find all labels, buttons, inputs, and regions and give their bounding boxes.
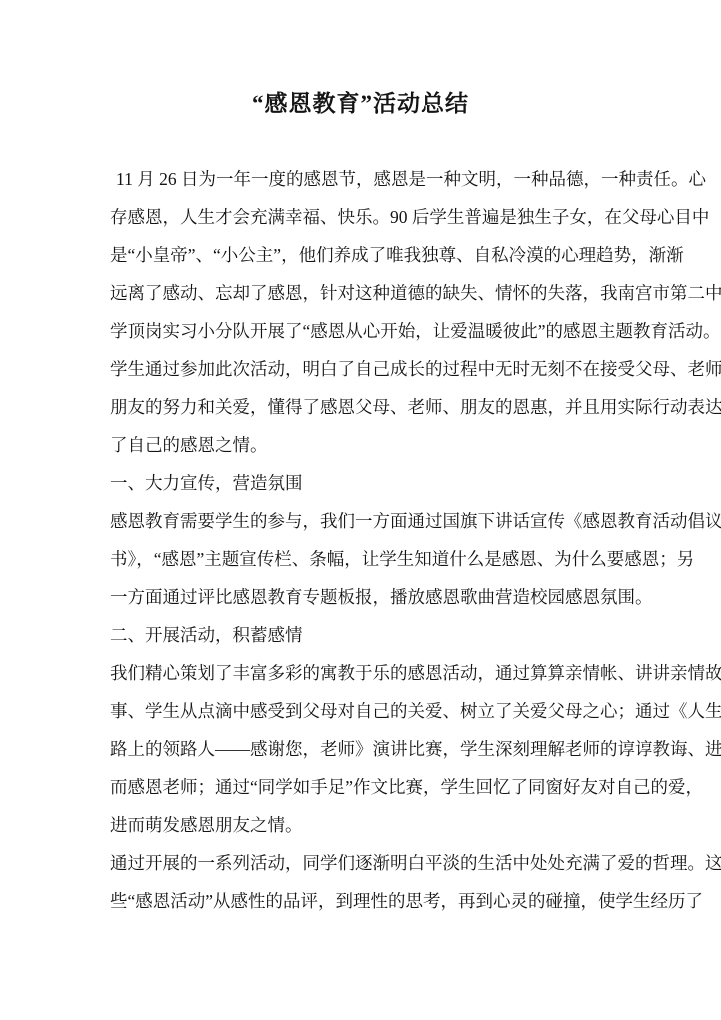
document-body: 11 月 26 日为一年一度的感恩节，感恩是一种文明，一种品德，一种责任。心 存…: [110, 160, 613, 920]
text-line: 11 月 26 日为一年一度的感恩节，感恩是一种文明，一种品德，一种责任。心: [110, 160, 613, 198]
document-page: “感恩教育”活动总结 11 月 26 日为一年一度的感恩节，感恩是一种文明，一种…: [0, 0, 721, 1020]
text-line: 事、学生从点滴中感受到父母对自己的关爱、树立了关爱父母之心；通过《人生: [110, 692, 613, 730]
text-line: 了自己的感恩之情。: [110, 426, 613, 464]
text-line: 书》，“感恩”主题宣传栏、条幅，让学生知道什么是感恩、为什么要感恩；另: [110, 540, 613, 578]
section-heading: 二、开展活动，积蓄感情: [110, 616, 613, 654]
text-line: 一方面通过评比感恩教育专题板报，播放感恩歌曲营造校园感恩氛围。: [110, 578, 613, 616]
text-line: 远离了感动、忘却了感恩，针对这种道德的缺失、情怀的失落，我南宫市第二中: [110, 274, 613, 312]
text-line: 而感恩老师；通过“同学如手足”作文比赛，学生回忆了同窗好友对自己的爱，: [110, 768, 613, 806]
section-heading: 一、大力宣传，营造氛围: [110, 464, 613, 502]
text-line: 学生通过参加此次活动，明白了自己成长的过程中无时无刻不在接受父母、老师、: [110, 350, 613, 388]
text-line: 路上的领路人——感谢您，老师》演讲比赛，学生深刻理解老师的谆谆教诲、进: [110, 730, 613, 768]
text-line: 是“小皇帝”、“小公主”，他们养成了唯我独尊、自私冷漠的心理趋势，渐渐: [110, 236, 613, 274]
text-line: 我们精心策划了丰富多彩的寓教于乐的感恩活动，通过算算亲情帐、讲讲亲情故: [110, 654, 613, 692]
text-line: 通过开展的一系列活动，同学们逐渐明白平淡的生活中处处充满了爱的哲理。这: [110, 844, 613, 882]
text-line: 进而萌发感恩朋友之情。: [110, 806, 613, 844]
text-line: 些“感恩活动”从感性的品评，到理性的思考，再到心灵的碰撞，使学生经历了: [110, 882, 613, 920]
document-title: “感恩教育”活动总结: [0, 87, 721, 121]
text-line: 朋友的努力和关爱，懂得了感恩父母、老师、朋友的恩惠，并且用实际行动表达: [110, 388, 613, 426]
text-line: 感恩教育需要学生的参与，我们一方面通过国旗下讲话宣传《感恩教育活动倡议: [110, 502, 613, 540]
text-line: 学顶岗实习小分队开展了“感恩从心开始，让爱温暖彼此”的感恩主题教育活动。: [110, 312, 613, 350]
text-line: 存感恩，人生才会充满幸福、快乐。90 后学生普遍是独生子女，在父母心目中: [110, 198, 613, 236]
